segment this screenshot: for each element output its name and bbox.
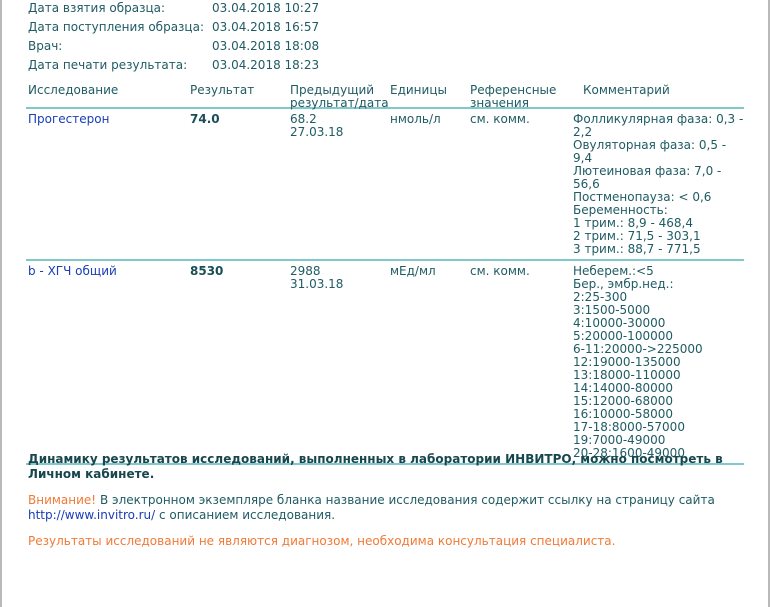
- table-row: b - ХГЧ общий 8530 2988 31.03.18 мЕд/мл …: [26, 261, 744, 465]
- result-value: 8530: [190, 265, 290, 460]
- dynamics-note: Динамику результатов исследований, выпол…: [28, 452, 728, 482]
- page-border-left: [0, 0, 2, 607]
- previous-date: 31.03.18: [290, 278, 390, 291]
- invitro-site-link[interactable]: http://www.invitro.ru/: [28, 508, 155, 522]
- meta-label: Дата взятия образца:: [28, 0, 212, 19]
- comment-line: Овуляторная фаза: 0,5 - 9,4: [573, 139, 744, 165]
- meta-value: 03.04.2018 10:27: [212, 0, 319, 19]
- notes-section: Динамику результатов исследований, выпол…: [28, 452, 728, 549]
- comment-line: Фолликулярная фаза: 0,3 -: [573, 113, 744, 126]
- comment: Фолликулярная фаза: 0,3 -2,2Овуляторная …: [573, 113, 744, 256]
- comment-line: 3 трим.: 88,7 - 771,5: [573, 243, 744, 256]
- header-previous: Предыдущий результат/дата: [290, 84, 390, 107]
- result-value: 74.0: [190, 113, 290, 256]
- warning-label: Внимание!: [28, 493, 96, 507]
- table-row: Прогестерон 74.0 68.2 27.03.18 нмоль/л с…: [26, 109, 744, 261]
- meta-label: Дата поступления образца:: [28, 19, 212, 38]
- header-reference: Референсные значения: [470, 84, 573, 107]
- header-test: Исследование: [26, 84, 190, 107]
- warning-text: В электронном экземпляре бланка название…: [96, 493, 715, 507]
- meta-value: 03.04.2018 18:08: [212, 38, 319, 57]
- previous-date: 27.03.18: [290, 126, 390, 139]
- meta-row-sample-received: Дата поступления образца: 03.04.2018 16:…: [28, 19, 319, 38]
- meta-row-sample-taken: Дата взятия образца: 03.04.2018 10:27: [28, 0, 319, 19]
- reference: см. комм.: [470, 265, 573, 460]
- header-result: Результат: [190, 84, 290, 107]
- header-comment: Комментарий: [573, 84, 744, 107]
- meta-row-print-date: Дата печати результата: 03.04.2018 18:23: [28, 57, 319, 76]
- units: мЕд/мл: [390, 265, 470, 460]
- results-table: Исследование Результат Предыдущий резуль…: [26, 80, 744, 465]
- test-cell: Прогестерон: [26, 113, 190, 256]
- warning-note: Внимание! В электронном экземпляре бланк…: [28, 493, 728, 523]
- sample-meta: Дата взятия образца: 03.04.2018 10:27 Да…: [28, 0, 319, 76]
- meta-label: Врач:: [28, 38, 212, 57]
- test-cell: b - ХГЧ общий: [26, 265, 190, 460]
- disclaimer: Результаты исследований не являются диаг…: [28, 534, 728, 549]
- units: нмоль/л: [390, 113, 470, 256]
- meta-row-doctor: Врач: 03.04.2018 18:08: [28, 38, 319, 57]
- warning-tail: с описанием исследования.: [155, 508, 335, 522]
- meta-label: Дата печати результата:: [28, 57, 212, 76]
- previous-result: 2988 31.03.18: [290, 265, 390, 460]
- previous-result: 68.2 27.03.18: [290, 113, 390, 256]
- test-link-hcg[interactable]: b - ХГЧ общий: [28, 264, 117, 278]
- meta-value: 03.04.2018 16:57: [212, 19, 319, 38]
- table-header: Исследование Результат Предыдущий резуль…: [26, 80, 744, 109]
- meta-value: 03.04.2018 18:23: [212, 57, 319, 76]
- comment: Неберем.:<5Бер., эмбр.нед.:2:25-3003:150…: [573, 265, 744, 460]
- header-units: Единицы: [390, 84, 470, 107]
- reference: см. комм.: [470, 113, 573, 256]
- test-link-progesterone[interactable]: Прогестерон: [28, 112, 109, 126]
